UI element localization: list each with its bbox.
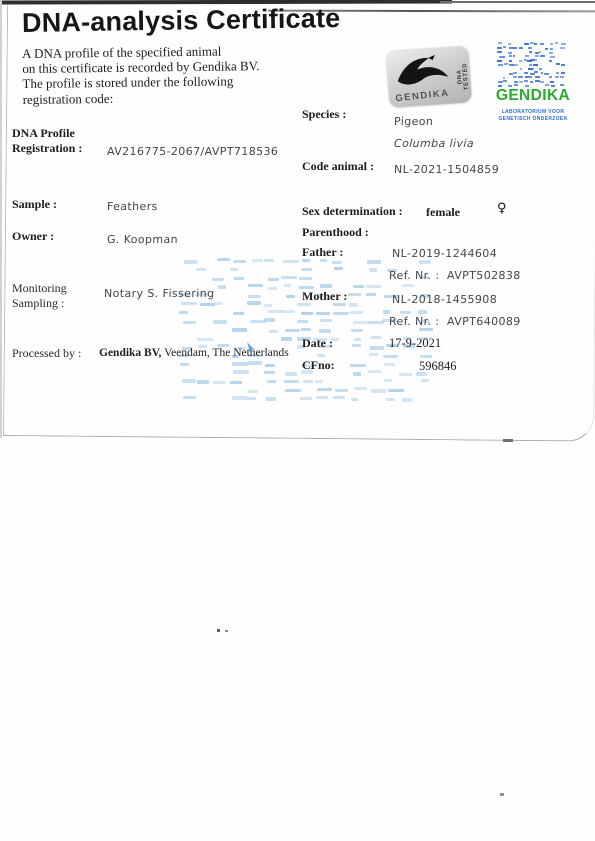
logo-pixel-dash [540, 81, 544, 83]
field-value-mother-ref: AVPT640089 [447, 315, 521, 328]
logo-pixel-dash [535, 76, 540, 78]
logo-pixel-dash [535, 80, 539, 82]
intro-paragraph: A DNA profile of the specified animal on… [22, 43, 260, 107]
field-value-sex: female [426, 205, 460, 220]
stamp-dna-tested-text: DNA TESTED [456, 54, 471, 99]
dna-tested-stamp: GENDIKA DNA TESTED [386, 46, 472, 108]
logo-pixel-dash [549, 52, 553, 54]
logo-pixel-dash [520, 68, 523, 70]
logo-pixel-dash [497, 51, 502, 53]
field-label-sample: Sample : [12, 197, 57, 212]
field-label-code-animal: Code animal : [302, 159, 374, 174]
logo-pixel-dash [549, 60, 552, 62]
gendika-subtitle-text: LABORATORIUM VOOR GENETISCH ONDERZOEK [486, 109, 580, 122]
field-value-processed-by: Gendika BV, Veendam, The Netherlands [99, 347, 289, 359]
gendika-brand-text: GENDIKA [486, 87, 580, 105]
logo-pixel-dash [528, 47, 532, 49]
logo-pixel-dash [539, 68, 542, 70]
logo-pixel-dash [561, 72, 565, 74]
field-value-date: 17-9-2021 [389, 336, 441, 351]
field-label-date: Date : [302, 336, 333, 351]
field-value-species-latin: Columba livia [394, 137, 474, 150]
field-value-owner: G. Koopman [107, 233, 179, 246]
processed-by-company: Gendika BV, [99, 347, 161, 359]
logo-pixel-dash [502, 56, 505, 58]
logo-pixel-dash [497, 47, 501, 49]
logo-pixel-dash [560, 76, 564, 78]
logo-pixel-dash [513, 55, 516, 57]
field-label-father: Father : [302, 245, 343, 260]
field-label-sex-determination: Sex determination : [302, 204, 403, 219]
label-line: Monitoring [12, 281, 67, 296]
logo-pixel-dash [560, 47, 565, 49]
logo-pixel-dash [529, 64, 532, 66]
field-value-species: Pigeon [394, 115, 434, 128]
logo-pixel-dash [524, 43, 528, 45]
logo-pixel-dash [509, 55, 512, 57]
logo-pixel-dash [549, 76, 552, 78]
field-label-mother-ref: Ref. Nr. : [389, 315, 440, 328]
field-value-father-ref: AVPT502838 [447, 269, 521, 282]
field-label-parenthood: Parenthood : [302, 225, 369, 240]
logo-pixel-dash [497, 60, 502, 62]
intro-line: The profile is stored under the followin… [22, 74, 259, 92]
label-line: Sampling : [12, 296, 67, 311]
scanned-certificate-page: DNA-analysis Certificate A DNA profile o… [0, 0, 595, 841]
field-value-monitoring: Notary S. Fissering [104, 287, 215, 300]
logo-pixel-dash [534, 43, 537, 45]
logo-pixel-dash [514, 84, 518, 86]
field-value-father: NL-2019-1244604 [392, 247, 498, 260]
logo-pixel-dash [529, 76, 532, 78]
female-symbol-icon: ♀ [497, 201, 507, 216]
logo-pixel-dash [508, 52, 511, 54]
scan-speck-border [503, 439, 513, 442]
field-label-processed-by: Processed by : [12, 346, 81, 361]
processed-by-location: Veendam, The Netherlands [161, 347, 288, 359]
logo-pixel-dash [530, 81, 533, 83]
logo-pixel-dash [555, 76, 560, 78]
label-line: Registration : [12, 141, 82, 156]
logo-pixel-dash [513, 47, 517, 49]
field-value-cfno: 596846 [419, 359, 457, 374]
field-label-owner: Owner : [12, 229, 54, 244]
field-label-monitoring-sampling: Monitoring Sampling : [12, 281, 67, 310]
label-line: DNA Profile [12, 126, 82, 141]
scan-edge-artifact-top-right [440, 1, 595, 3]
logo-pixel-dash [550, 56, 555, 58]
scan-speck [225, 630, 228, 632]
logo-pixel-dash [525, 55, 529, 57]
field-label-mother: Mother : [302, 289, 347, 304]
logo-pixel-dash [518, 76, 523, 78]
certificate-title: DNA-analysis Certificate [22, 3, 341, 39]
cursor-mark-icon [245, 342, 257, 356]
scan-speck [500, 793, 504, 796]
field-value-dna-registration: AV216775-2067/AVPT718536 [107, 145, 279, 158]
intro-line: registration code: [23, 89, 260, 107]
field-label-cfno: CFno: [302, 358, 335, 373]
logo-pixel-dash [550, 48, 553, 50]
field-value-sample: Feathers [107, 200, 158, 213]
logo-pixel-dash [514, 81, 518, 83]
field-value-mother: NL-2018-1455908 [392, 293, 498, 306]
logo-pixel-dash [528, 68, 533, 70]
logo-pixel-dash [504, 63, 509, 65]
logo-pixel-dash [544, 73, 549, 75]
logo-pixel-dash [524, 80, 528, 82]
logo-pixel-dash [550, 81, 553, 83]
scan-speck [217, 629, 220, 632]
logo-pixel-dash [524, 72, 528, 74]
logo-pixel-dash [498, 81, 503, 83]
logo-pixel-dash [503, 80, 507, 82]
field-label-father-ref: Ref. Nr. : [389, 269, 440, 282]
logo-pixel-dash [535, 55, 539, 57]
logo-pixel-dash [527, 60, 532, 62]
logo-pixel-dash [545, 48, 549, 50]
field-label-dna-profile: DNA Profile Registration : [12, 126, 82, 156]
logo-pixel-dash [556, 72, 559, 74]
scan-edge-artifact-left [0, 0, 2, 438]
logo-pixel-dash [561, 64, 565, 66]
logo-pixel-dash [508, 43, 511, 45]
logo-pixel-dash [519, 81, 523, 83]
logo-pixel-dash [498, 64, 502, 66]
pigeon-silhouette-icon [390, 50, 453, 92]
logo-pixel-dash [555, 42, 559, 44]
logo-pixel-dash [513, 64, 517, 66]
gendika-subtitle-line: GENETISCH ONDERZOEK [486, 116, 580, 123]
logo-pixel-dash [533, 64, 538, 66]
field-value-code-animal: NL-2021-1504859 [394, 163, 500, 176]
logo-pixel-dash [509, 60, 512, 62]
gendika-pixel-logo: G [497, 42, 565, 88]
field-label-species: Species : [302, 107, 346, 122]
